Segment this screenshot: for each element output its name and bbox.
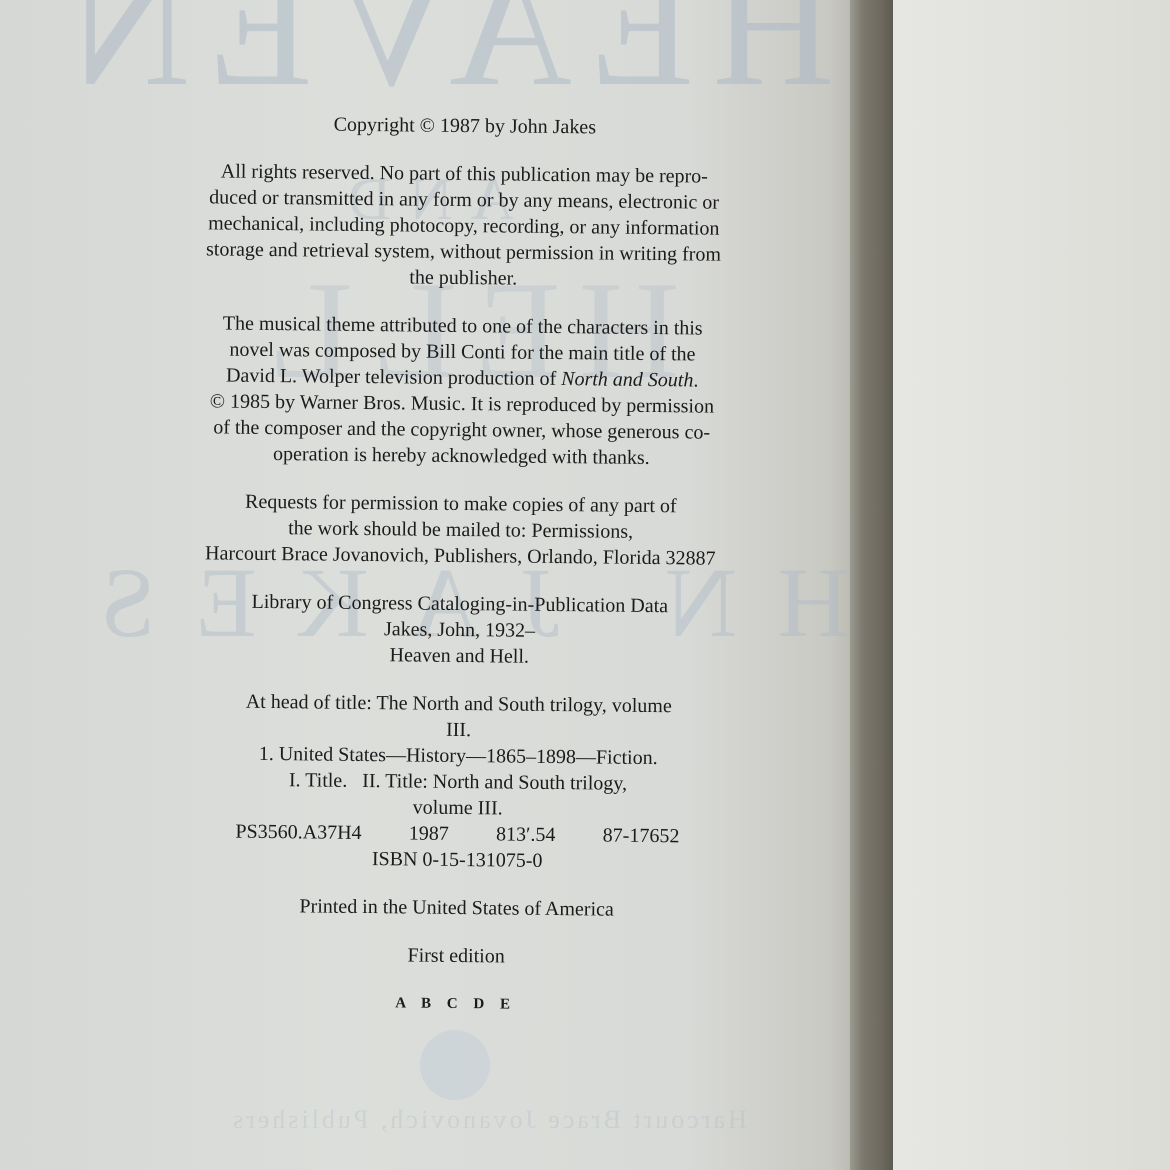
cip-year: 1987 [409,820,449,846]
bleed-through-publisher: Harcourt Brace Jovanovich, Publishers [230,1105,747,1135]
dewey-number: 813′.54 [496,821,556,848]
edition: First edition [166,940,746,972]
copyright-notice: Copyright © 1987 by John Jakes [175,110,755,142]
book-gutter [850,0,893,1170]
music-credit: The musical theme attributed to one of t… [171,310,753,472]
right-page-blank [893,0,1170,1170]
left-page-copyright: HEAVEN AND HELL JOHN JAKES Harcourt Brac… [0,0,855,1170]
show-title: North and South [561,368,693,391]
cip-notes: At head of title: The North and South tr… [167,688,749,876]
lccn: 87-17652 [603,823,680,850]
lc-number: PS3560.A37H4 [235,819,361,846]
copyright-page-text: Copyright © 1987 by John Jakes All right… [165,110,755,1042]
printed-in: Printed in the United States of America [167,892,747,924]
bleed-through-title: HEAVEN [50,0,835,125]
cip-header: Library of Congress Cataloging-in-Public… [169,588,750,672]
printing-line: A B C D E [166,988,746,1020]
permissions-request: Requests for permission to make copies o… [170,488,751,572]
rights-statement: All rights reserved. No part of this pub… [173,158,754,294]
bleed-through-publisher-logo [420,1030,490,1100]
